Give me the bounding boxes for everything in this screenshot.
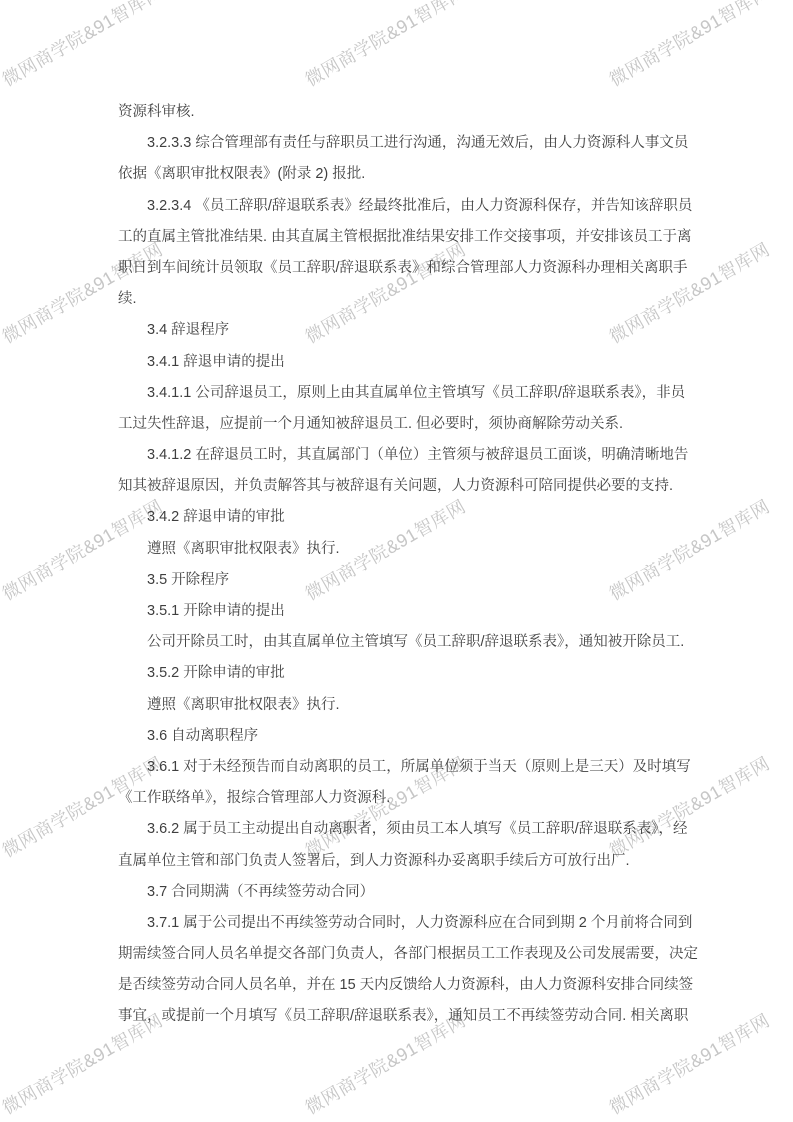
text-line: 直属单位主管和部门负责人签署后，到人力资源科办妥离职手续后方可放行出厂. bbox=[118, 846, 676, 877]
text-line: 3.2.3.4 《员工辞职/辞退联系表》经最终批准后，由人力资源科保存，并告知该… bbox=[118, 191, 676, 222]
text-line: 依据《离职审批权限表》(附录 2) 报批. bbox=[118, 159, 676, 190]
text-line: 3.6.1 对于未经预告而自动离职的员工，所属单位须于当天（原则上是三天）及时填… bbox=[118, 752, 676, 783]
text-line: 3.4.1 辞退申请的提出 bbox=[118, 347, 676, 378]
watermark-text: 微网商学院&91智库网 bbox=[301, 0, 470, 92]
text-line: 职日到车间统计员领取《员工辞职/辞退联系表》和综合管理部人力资源科办理相关离职手 bbox=[118, 253, 676, 284]
text-line: 遵照《离职审批权限表》执行. bbox=[118, 534, 676, 565]
text-line: 资源科审核. bbox=[118, 97, 676, 128]
text-line: 期需续签合同人员名单提交各部门负责人，各部门根据员工工作表现及公司发展需要，决定 bbox=[118, 939, 676, 970]
text-line: 是否续签劳动合同人员名单，并在 15 天内反馈给人力资源科，由人力资源科安排合同… bbox=[118, 970, 676, 1001]
watermark-text: 微网商学院&91智库网 bbox=[605, 0, 774, 92]
text-line: 3.6.2 属于员工主动提出自动离职者，须由员工本人填写《员工辞职/辞退联系表》… bbox=[118, 814, 676, 845]
document-page: 微网商学院&91智库网微网商学院&91智库网微网商学院&91智库网微网商学院&9… bbox=[0, 0, 793, 1122]
text-line: 遵照《离职审批权限表》执行. bbox=[118, 690, 676, 721]
text-line: 3.4.1.2 在辞退员工时，其直属部门（单位）主管须与被辞退员工面谈，明确清晰… bbox=[118, 440, 676, 471]
text-line: 3.4 辞退程序 bbox=[118, 315, 676, 346]
text-line: 3.5.2 开除申请的审批 bbox=[118, 658, 676, 689]
text-line: 3.6 自动离职程序 bbox=[118, 721, 676, 752]
watermark-text: 微网商学院&91智库网 bbox=[0, 0, 167, 92]
text-line: 事宜，或提前一个月填写《员工辞职/辞退联系表》，通知员工不再续签劳动合同. 相关… bbox=[118, 1001, 676, 1032]
text-line: 工的直属主管批准结果. 由其直属主管根据批准结果安排工作交接事项，并安排该员工于… bbox=[118, 222, 676, 253]
document-body: 资源科审核.3.2.3.3 综合管理部有责任与辞职员工进行沟通，沟通无效后，由人… bbox=[118, 97, 676, 1033]
text-line: 知其被辞退原因，并负责解答其与被辞退有关问题，人力资源科可陪同提供必要的支持. bbox=[118, 471, 676, 502]
text-line: 《工作联络单》，报综合管理部人力资源科. bbox=[118, 783, 676, 814]
text-line: 3.4.1.1 公司辞退员工，原则上由其直属单位主管填写《员工辞职/辞退联系表》… bbox=[118, 378, 676, 409]
text-line: 3.5 开除程序 bbox=[118, 565, 676, 596]
text-line: 公司开除员工时，由其直属单位主管填写《员工辞职/辞退联系表》，通知被开除员工. bbox=[118, 627, 676, 658]
text-line: 3.7.1 属于公司提出不再续签劳动合同时，人力资源科应在合同到期 2 个月前将… bbox=[118, 908, 676, 939]
text-line: 3.2.3.3 综合管理部有责任与辞职员工进行沟通，沟通无效后，由人力资源科人事… bbox=[118, 128, 676, 159]
text-line: 工过失性辞退，应提前一个月通知被辞退员工. 但必要时，须协商解除劳动关系. bbox=[118, 409, 676, 440]
text-line: 3.7 合同期满（不再续签劳动合同） bbox=[118, 877, 676, 908]
text-line: 3.5.1 开除申请的提出 bbox=[118, 596, 676, 627]
text-line: 3.4.2 辞退申请的审批 bbox=[118, 502, 676, 533]
text-line: 续. bbox=[118, 284, 676, 315]
